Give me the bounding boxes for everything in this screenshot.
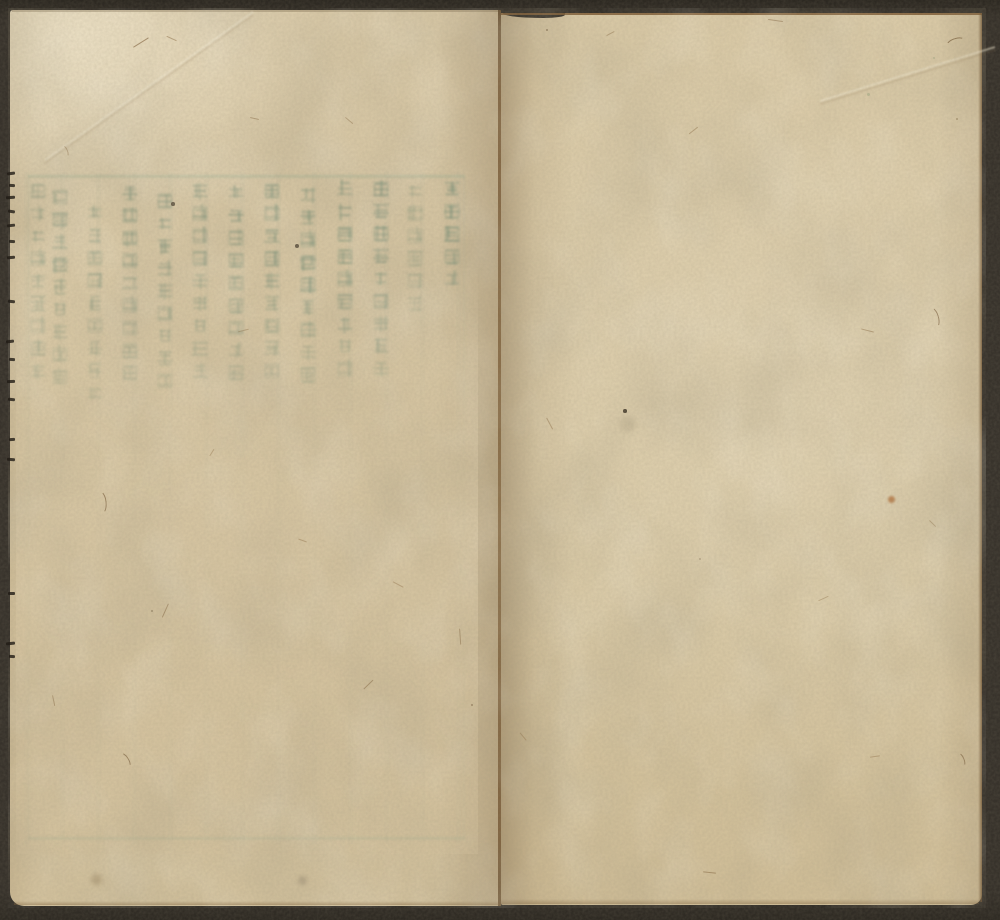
fore-edge-ink-mark — [9, 438, 15, 441]
book-scan — [0, 0, 1000, 920]
fore-edge-ink-mark — [7, 458, 15, 461]
fore-edge-ink-mark — [7, 224, 15, 227]
fore-edge-ink-mark — [7, 256, 15, 259]
fore-edge-ink-mark — [8, 300, 15, 303]
fore-edge-ink-mark — [7, 171, 15, 175]
fore-edge-ink-mark — [9, 184, 15, 187]
fore-edge-ink-mark — [8, 210, 15, 213]
fore-edge-ink-mark — [9, 655, 15, 658]
fore-edge-ink-mark — [8, 398, 15, 401]
fore-edge-ink-mark — [7, 380, 15, 383]
fore-edge-ink-mark — [9, 240, 15, 243]
fore-edge-ink-mark — [9, 358, 15, 361]
fore-edge-ink-mark — [6, 340, 14, 343]
fore-edge-ink-mark — [8, 592, 15, 595]
fore-edge-ink-marks — [0, 0, 1000, 920]
fore-edge-ink-mark — [6, 196, 15, 199]
fore-edge-ink-mark — [6, 642, 15, 646]
